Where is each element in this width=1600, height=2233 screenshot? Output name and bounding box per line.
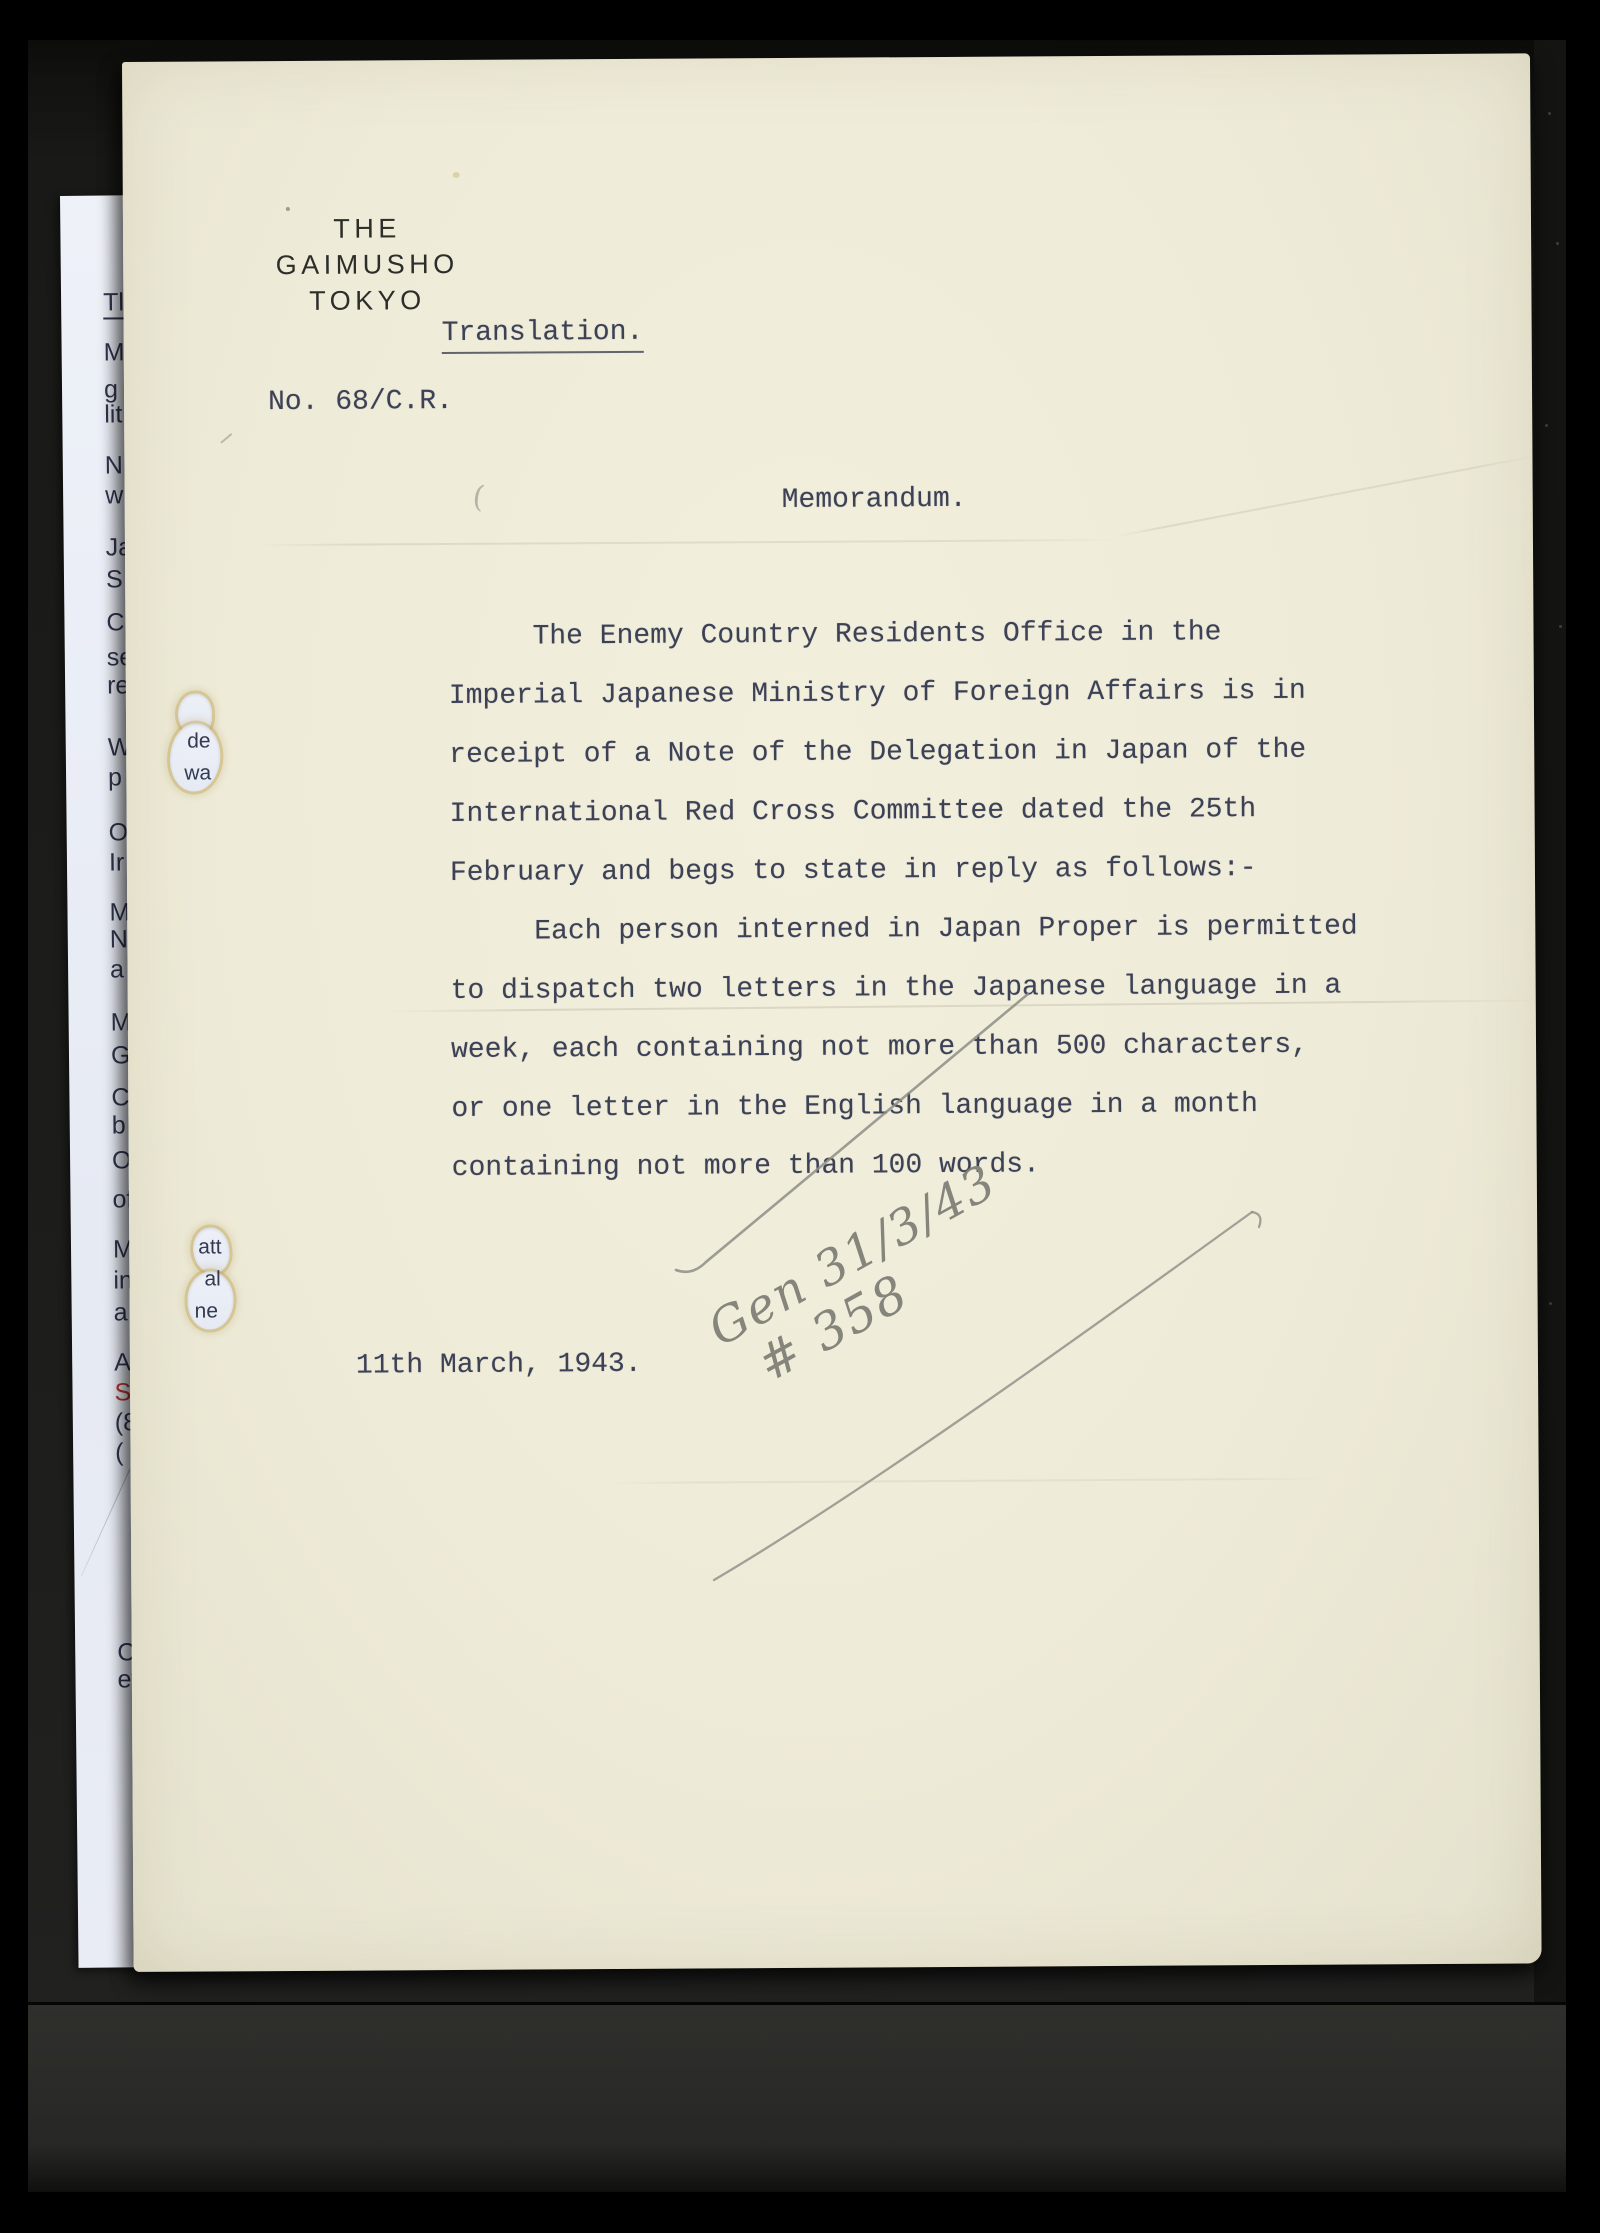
dust-speck (1559, 625, 1562, 628)
hole-revealed-text: al (204, 1267, 221, 1291)
archival-photo: { "letterhead": {"line1": "THE GAIMUSHO"… (0, 0, 1600, 2233)
under-page-crease (81, 1469, 131, 1577)
dust-speck (1548, 112, 1551, 115)
body-line: week, each containing not more than 500 … (451, 1015, 1359, 1080)
page-fragment: a (110, 956, 124, 983)
hole-revealed-text: att (198, 1235, 222, 1259)
page-fragment: M (104, 339, 125, 366)
page-fragment: C (106, 609, 124, 636)
page-fragment: lit (104, 401, 122, 428)
letterhead-line2: TOKYO (255, 282, 479, 319)
dust-speck (1556, 242, 1559, 245)
page-fragment: a (114, 1299, 128, 1326)
page-fragment: b (112, 1112, 126, 1139)
page-fragment: Ir (109, 849, 125, 876)
paper-crease (255, 539, 1120, 546)
hole-revealed-text: ne (195, 1299, 219, 1323)
body-line: receipt of a Note of the Delegation in J… (449, 720, 1357, 785)
hole-revealed-text: de (187, 729, 211, 753)
letterhead: THE GAIMUSHO TOKYO (255, 210, 480, 319)
page-fragment: Tl (103, 289, 124, 319)
memorandum-title: Memorandum. (782, 484, 967, 516)
body-line: to dispatch two letters in the Japanese … (451, 956, 1359, 1021)
page-fragment: N (110, 926, 128, 953)
dust-speck (1545, 424, 1548, 427)
hole-revealed-text: wa (184, 761, 211, 785)
page-fragment: S (114, 1379, 131, 1406)
document-date: 11th March, 1943. (356, 1349, 642, 1382)
page-fragment: A (114, 1349, 131, 1376)
body-line: February and begs to state in reply as f… (450, 838, 1358, 903)
memorandum-body: The Enemy Country Residents Office in th… (448, 602, 1359, 1198)
body-line: containing not more than 100 words. (452, 1133, 1360, 1198)
punch-hole-top: de wa (170, 693, 223, 793)
paper-crease (611, 1478, 1331, 1484)
punch-hole-bottom: att al ne (187, 1227, 236, 1331)
page-fragment: S (106, 566, 123, 593)
pencil-tick-mark: ( (470, 479, 486, 515)
pencil-dash-mark (220, 433, 232, 444)
page-fragment: p (108, 764, 122, 791)
page-fragment: N (105, 452, 123, 479)
body-line: Each person interned in Japan Proper is … (450, 897, 1358, 962)
body-line: or one letter in the English language in… (451, 1074, 1359, 1139)
page-fragment: O (109, 819, 129, 846)
body-line: Imperial Japanese Ministry of Foreign Af… (449, 661, 1357, 726)
memorandum-sheet: THE GAIMUSHO TOKYO Translation. No. 68/C… (122, 53, 1542, 1972)
reference-number: No. 68/C.R. (268, 386, 453, 418)
dust-speck (1549, 1302, 1552, 1305)
body-line: International Red Cross Committee dated … (449, 779, 1357, 844)
photo-mat-bottom-band (28, 2005, 1566, 2192)
letterhead-line1: THE GAIMUSHO (255, 210, 479, 283)
body-line: The Enemy Country Residents Office in th… (448, 602, 1356, 667)
page-fragment: w (105, 482, 123, 509)
translation-heading: Translation. (442, 317, 644, 354)
paper-stain (286, 207, 290, 211)
paper-stain (453, 172, 460, 178)
paper-crease (1113, 455, 1536, 538)
page-fragment: C (111, 1084, 129, 1111)
page-fragment: ( (115, 1439, 124, 1466)
